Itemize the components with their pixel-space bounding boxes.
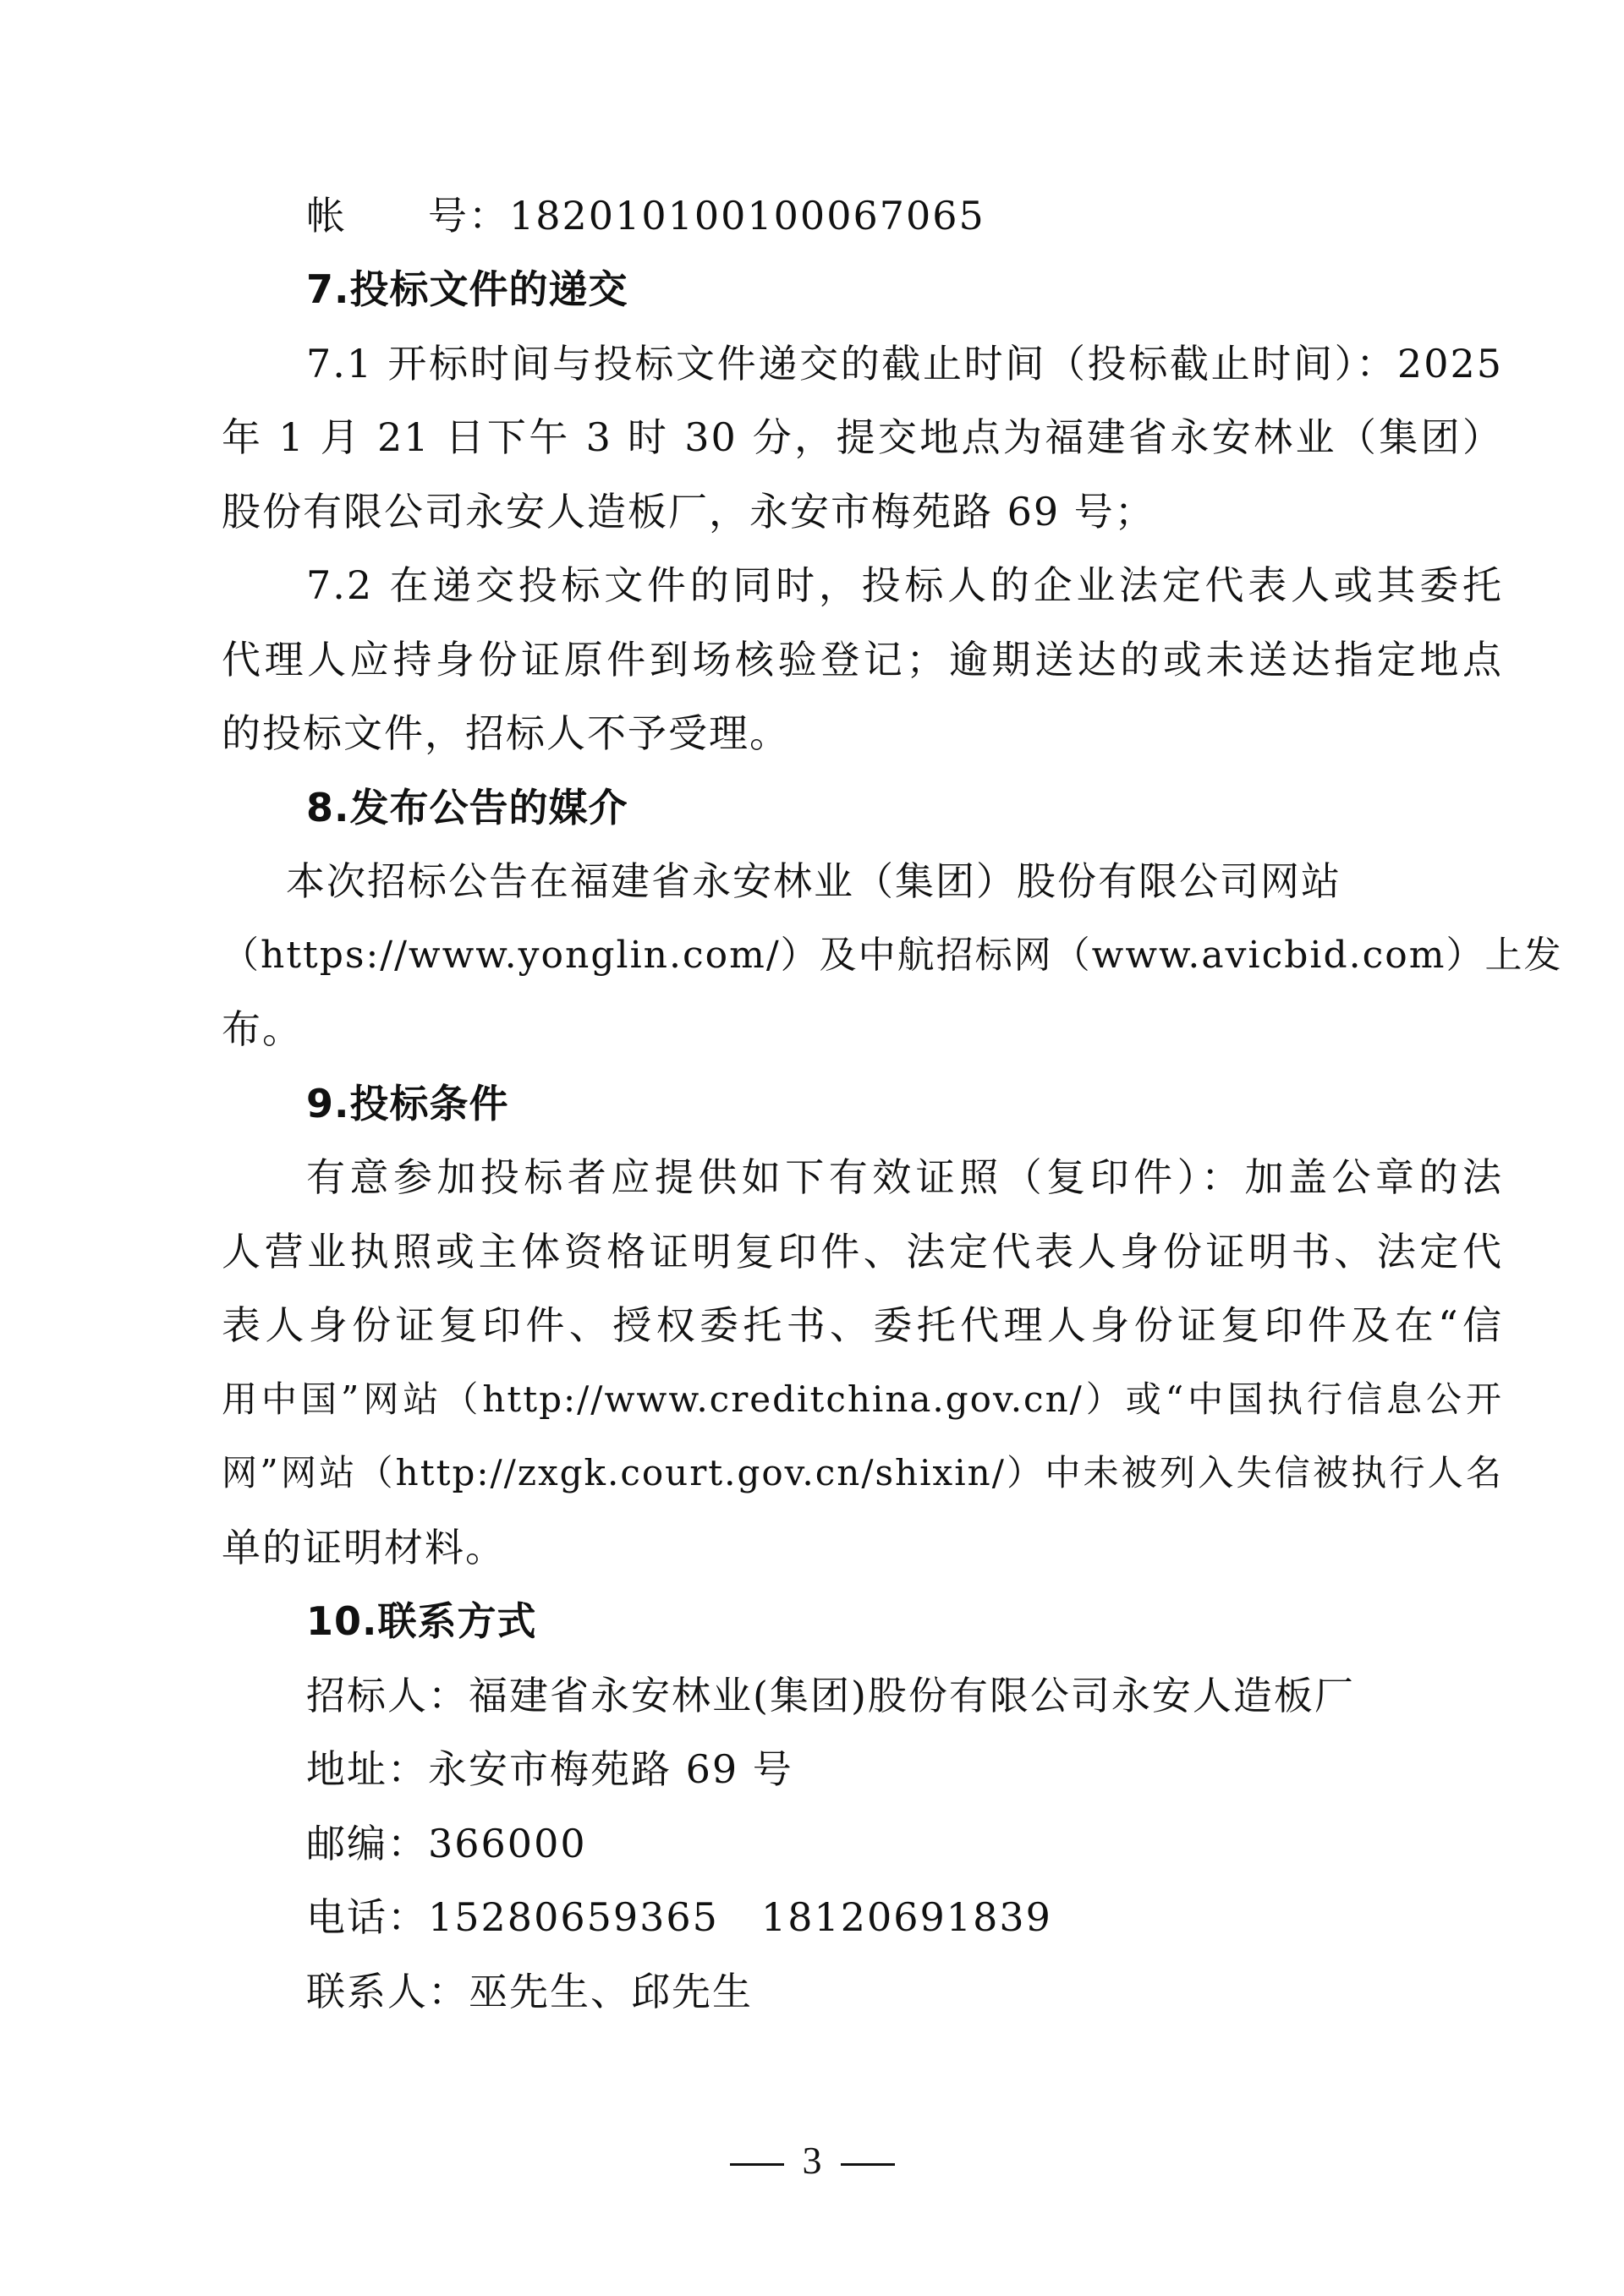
para-7-2-line-1: 7.2 在递交投标文件的同时，投标人的企业法定代表人或其委托: [306, 551, 1503, 619]
contact-postcode-label: 邮编：: [306, 1810, 428, 1877]
para-9-line-5: 网”网站（http://zxgk.court.gov.cn/shixin/）中未…: [222, 1439, 1503, 1507]
contact-phone-label: 电话：: [306, 1883, 428, 1951]
para-8-line-3: 布。: [222, 995, 1503, 1063]
section-7-heading: 7.投标文件的递交: [306, 255, 1503, 323]
para-9-line-4: 用中国”网站（http://www.creditchina.gov.cn/）或“…: [222, 1366, 1503, 1433]
para-7-2-line-3: 的投标文件，招标人不予受理。: [222, 699, 1503, 767]
para-9-line-1: 有意参加投标者应提供如下有效证照（复印件）：加盖公章的法: [306, 1143, 1503, 1211]
account-value: 182010100100067065: [509, 193, 985, 238]
para-8-line-2: （https://www.yonglin.com/）及中航招标网（www.avi…: [222, 922, 1503, 989]
para-9-line-6: 单的证明材料。: [222, 1514, 1503, 1581]
contact-tenderer-label: 招标人：: [306, 1662, 469, 1729]
section-10-heading: 10.联系方式: [306, 1587, 1503, 1655]
section-8-heading: 8.发布公告的媒介: [306, 774, 1503, 841]
para-8-line-1: 本次招标公告在福建省永安林业（集团）股份有限公司网站: [286, 847, 1453, 915]
contact-phone: 电话：1528065936518120691839: [306, 1883, 1503, 1951]
contact-address: 地址：永安市梅苑路 69 号: [306, 1735, 1503, 1803]
para-7-1-line-1: 7.1 开标时间与投标文件递交的截止时间（投标截止时间）：2025: [306, 330, 1503, 397]
para-7-2-line-2: 代理人应持身份证原件到场核验登记；逾期送达的或未送达指定地点: [222, 626, 1503, 693]
page-number: 3: [803, 2139, 822, 2182]
para-9-line-3: 表人身份证复印件、授权委托书、委托代理人身份证复印件及在“信: [222, 1291, 1503, 1359]
document-page: 帐 号：182010100100067065 7.投标文件的递交 7.1 开标时…: [0, 0, 1624, 2296]
section-9-heading: 9.投标条件: [306, 1070, 1503, 1137]
dash-right: [841, 2163, 895, 2166]
para-7-1-line-3: 股份有限公司永安人造板厂，永安市梅苑路 69 号；: [222, 478, 1503, 545]
contact-postcode: 邮编：366000: [306, 1810, 1503, 1877]
page-number-footer: 3: [0, 2127, 1624, 2195]
contact-tenderer-value: 福建省永安林业(集团)股份有限公司永安人造板厂: [469, 1673, 1355, 1718]
contact-person-label: 联系人：: [306, 1958, 469, 2025]
contact-person: 联系人：巫先生、邱先生: [306, 1958, 1503, 2025]
contact-person-value: 巫先生、邱先生: [469, 1969, 753, 2014]
account-number-line: 帐 号：182010100100067065: [306, 182, 1503, 249]
dash-left: [730, 2163, 784, 2166]
contact-phone-value-1: 15280659365: [428, 1894, 719, 1940]
account-label: 帐 号：: [306, 193, 509, 238]
para-7-1-line-2: 年 1 月 21 日下午 3 时 30 分，提交地点为福建省永安林业（集团）: [222, 403, 1503, 471]
contact-phone-value-2: 18120691839: [761, 1894, 1052, 1940]
contact-tenderer: 招标人：福建省永安林业(集团)股份有限公司永安人造板厂: [306, 1662, 1503, 1729]
contact-address-value: 永安市梅苑路 69 号: [428, 1746, 793, 1792]
contact-address-label: 地址：: [306, 1735, 428, 1803]
para-9-line-2: 人营业执照或主体资格证明复印件、法定代表人身份证明书、法定代: [222, 1218, 1503, 1285]
contact-postcode-value: 366000: [428, 1821, 587, 1866]
